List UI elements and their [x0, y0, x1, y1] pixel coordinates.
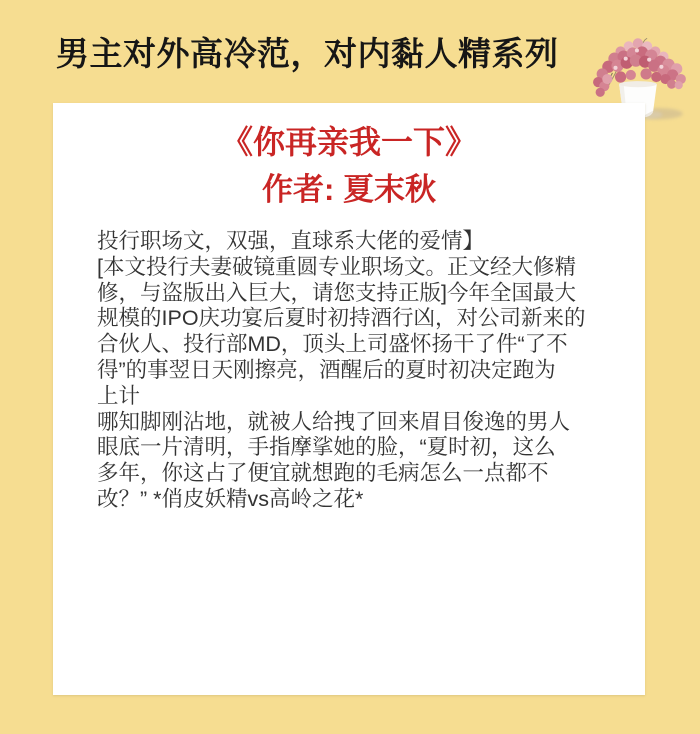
synopsis-line: 改？” *俏皮妖精vs高岭之花*	[97, 487, 615, 513]
synopsis-line: [本文投行夫妻破镜重圆专业职场文。正文经大修精	[97, 255, 615, 281]
synopsis-line: 得”的事翌日天刚擦亮，酒醒后的夏时初决定跑为	[97, 358, 615, 384]
synopsis-line: 哪知脚刚沾地，就被人给拽了回来眉目俊逸的男人	[97, 410, 615, 436]
synopsis-line: 多年，你这占了便宜就想跑的毛病怎么一点都不	[97, 461, 615, 487]
synopsis-line: 眼底一片清明，手指摩挲她的脸，“夏时初，这么	[97, 435, 615, 461]
book-author: 作者: 夏末秋	[53, 171, 645, 208]
page-title: 男主对外高冷范，对内黏人精系列	[56, 28, 559, 75]
synopsis-line: 修，与盗版出入巨大，请您支持正版]今年全国最大	[97, 281, 615, 307]
synopsis-line: 投行职场文，双强，直球系大佬的爱情】	[97, 229, 615, 255]
book-title: 《你再亲我一下》	[53, 124, 645, 161]
book-card: 《你再亲我一下》 作者: 夏末秋 投行职场文，双强，直球系大佬的爱情】 [本文投…	[53, 103, 645, 695]
page: 男主对外高冷范，对内黏人精系列	[0, 0, 700, 734]
synopsis-line: 上计	[97, 384, 615, 410]
book-synopsis: 投行职场文，双强，直球系大佬的爱情】 [本文投行夫妻破镜重圆专业职场文。正文经大…	[97, 229, 615, 513]
synopsis-line: 合伙人、投行部MD，顶头上司盛怀扬干了件“了不	[97, 332, 615, 358]
synopsis-line: 规模的IPO庆功宴后夏时初持酒行凶，对公司新来的	[97, 306, 615, 332]
